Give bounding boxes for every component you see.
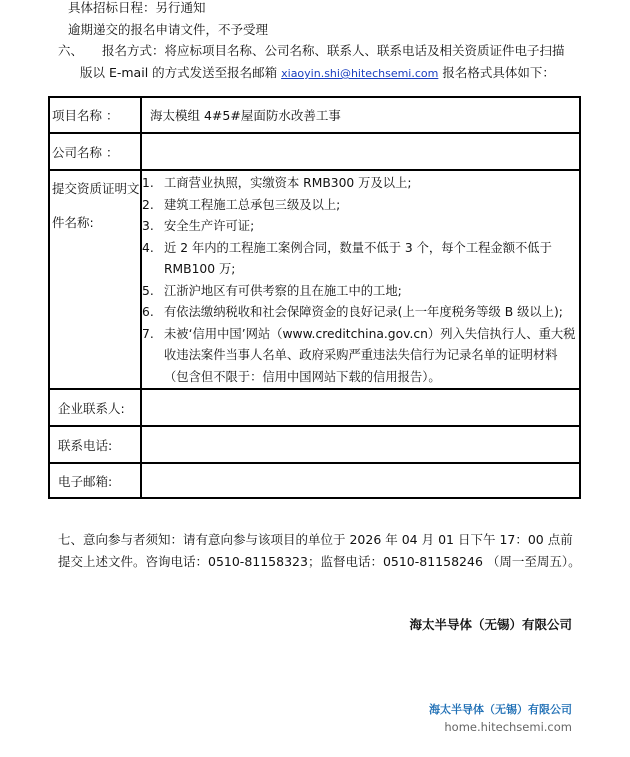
requirement-number: 5. <box>142 281 164 303</box>
footer-company-name: 海太半导体（无锡）有限公司 <box>429 702 572 718</box>
requirements-label-line1: 提交资质证明文 <box>52 181 140 197</box>
requirements-list-cell: 1.工商营业执照，实缴资本 RMB300 万及以上; 2.建筑工程施工总承包三级… <box>141 170 580 389</box>
requirement-text: 有依法缴纳税收和社会保障资金的良好记录(上一年度税务等级 B 级以上); <box>164 302 563 324</box>
section-6-text: 报名方式：将应标项目名称、公司名称、联系人、联系电话及相关资质证件电子扫描 <box>102 43 565 59</box>
form-row-project: 项目名称 ： 海太模组 4#5#屋面防水改善工事 <box>49 97 580 133</box>
requirement-number: 3. <box>142 216 164 238</box>
section-6-continuation: 版以 E-mail 的方式发送至报名邮箱 xiaoyin.shi@hitechs… <box>80 65 555 82</box>
requirement-text: 安全生产许可证; <box>164 216 254 238</box>
registration-email-link[interactable]: xiaoyin.shi@hitechsemi.com <box>281 67 438 80</box>
form-row-phone: 联系电话: <box>49 426 580 463</box>
requirement-item: 7.未被‘信用中国’网站（www.creditchina.gov.cn）列入失信… <box>142 324 579 389</box>
requirements-label: 提交资质证明文 件名称: <box>49 170 141 389</box>
project-name-label: 项目名称 ： <box>49 97 141 133</box>
email-field[interactable] <box>141 463 580 498</box>
requirement-number: 7. <box>142 324 164 389</box>
requirement-number: 1. <box>142 173 164 195</box>
contact-person-label: 企业联系人: <box>49 389 141 426</box>
registration-form-table: 项目名称 ： 海太模组 4#5#屋面防水改善工事 公司名称 ： 提交资质证明文 … <box>48 96 581 499</box>
requirement-item: 1.工商营业执照，实缴资本 RMB300 万及以上; <box>142 173 579 195</box>
requirement-number: 6. <box>142 302 164 324</box>
phone-label: 联系电话: <box>49 426 141 463</box>
section-7-line1: 七、意向参与者须知：请有意向参与该项目的单位于 2026 年 04 月 01 日… <box>58 532 573 548</box>
phone-field[interactable] <box>141 426 580 463</box>
requirement-item: 6.有依法缴纳税收和社会保障资金的良好记录(上一年度税务等级 B 级以上); <box>142 302 579 324</box>
requirements-list: 1.工商营业执照，实缴资本 RMB300 万及以上; 2.建筑工程施工总承包三级… <box>142 173 579 388</box>
requirement-text: 建筑工程施工总承包三级及以上; <box>164 195 340 217</box>
company-name-field[interactable] <box>141 133 580 170</box>
section-7-line2: 提交上述文件。咨询电话：0510-81158323；监督电话：0510-8115… <box>58 554 581 570</box>
email-label: 电子邮箱: <box>49 463 141 498</box>
requirement-item: 2.建筑工程施工总承包三级及以上; <box>142 195 579 217</box>
requirement-text: 工商营业执照，实缴资本 RMB300 万及以上; <box>164 173 411 195</box>
form-row-company: 公司名称 ： <box>49 133 580 170</box>
requirement-text: 未被‘信用中国’网站（www.creditchina.gov.cn）列入失信执行… <box>164 324 579 389</box>
schedule-note: 具体招标日程：另行通知 <box>68 0 206 16</box>
requirement-number: 2. <box>142 195 164 217</box>
requirement-item: 3.安全生产许可证; <box>142 216 579 238</box>
late-submission-note: 逾期递交的报名申请文件，不予受理 <box>68 22 268 38</box>
company-name-label: 公司名称 ： <box>49 133 141 170</box>
company-signature: 海太半导体（无锡）有限公司 <box>409 617 572 633</box>
footer-website[interactable]: home.hitechsemi.com <box>444 719 572 735</box>
requirement-item: 5.江浙沪地区有可供考察的且在施工中的工地; <box>142 281 579 303</box>
form-row-requirements: 提交资质证明文 件名称: 1.工商营业执照，实缴资本 RMB300 万及以上; … <box>49 170 580 389</box>
section-6-prefix: 版以 E-mail 的方式发送至报名邮箱 <box>80 65 277 80</box>
section-6-suffix: 报名格式具体如下： <box>442 65 555 80</box>
contact-person-field[interactable] <box>141 389 580 426</box>
requirement-number: 4. <box>142 238 164 281</box>
requirement-text: 近 2 年内的工程施工案例合同，数量不低于 3 个，每个工程金额不低于 RMB1… <box>164 238 579 281</box>
project-name-value: 海太模组 4#5#屋面防水改善工事 <box>141 97 580 133</box>
form-row-email: 电子邮箱: <box>49 463 580 498</box>
requirement-text: 江浙沪地区有可供考察的且在施工中的工地; <box>164 281 402 303</box>
form-row-contact-person: 企业联系人: <box>49 389 580 426</box>
requirement-item: 4.近 2 年内的工程施工案例合同，数量不低于 3 个，每个工程金额不低于 RM… <box>142 238 579 281</box>
section-6-number: 六、 <box>58 43 83 59</box>
requirements-label-line2: 件名称: <box>52 215 140 231</box>
